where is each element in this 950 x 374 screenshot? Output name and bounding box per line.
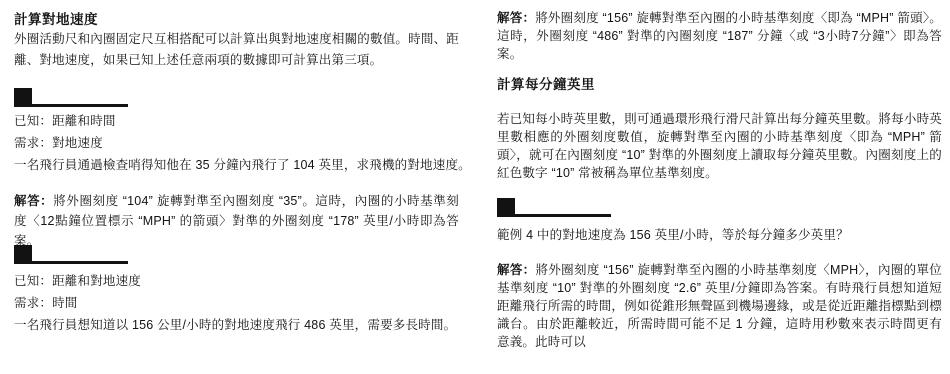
example-marker-rule — [14, 261, 128, 264]
solution-paragraph: 解答：將外圈刻度 “104” 旋轉對準至內圈刻度 “35”。這時，內圈的小時基準… — [14, 191, 459, 251]
find-line: 需求：對地速度 — [14, 133, 459, 151]
solution-text: 將外圈刻度 “156” 旋轉對準至內圈的小時基準刻度〈MPH〉，內圈的單位基準刻… — [497, 263, 942, 349]
example-marker-square-icon — [14, 245, 32, 261]
example-marker-square-icon — [14, 88, 32, 104]
solution-paragraph: 解答：將外圈刻度 “156” 旋轉對準至內圈的小時基準刻度〈MPH〉，內圈的單位… — [497, 261, 942, 351]
solution-label: 解答： — [497, 263, 536, 277]
miles-per-minute-intro-paragraph: 若已知每小時英里數，則可通過環形飛行滑尺計算出每分鐘英里數。將每小時英里數相應的… — [497, 110, 942, 182]
solution-text: 將外圈刻度 “104” 旋轉對準至內圈刻度 “35”。這時，內圈的小時基準刻度〈… — [14, 194, 459, 248]
given-line: 已知：距離和時間 — [14, 111, 459, 129]
solution-label: 解答： — [497, 11, 535, 25]
groundspeed-intro-paragraph: 外圈活動尺和內圈固定尺互相搭配可以計算出與對地速度相關的數值。時間、距離、對地速… — [14, 29, 459, 71]
example-marker — [14, 245, 128, 264]
section-heading-miles-per-minute: 計算每分鐘英里 — [497, 73, 942, 93]
problem-statement: 一名飛行員通過檢查哨得知他在 35 分鐘內飛行了 104 英里，求飛機的對地速度… — [14, 155, 459, 173]
example-marker — [497, 198, 611, 217]
example-marker-rule — [497, 214, 611, 217]
given-line: 已知：距離和對地速度 — [14, 271, 459, 289]
find-line: 需求：時間 — [14, 293, 459, 311]
solution-paragraph: 解答：將外圈刻度 “156” 旋轉對準至內圈的小時基準刻度〈即為 “MPH” 箭… — [497, 9, 942, 63]
solution-label: 解答： — [14, 194, 53, 208]
solution-text: 將外圈刻度 “156” 旋轉對準至內圈的小時基準刻度〈即為 “MPH” 箭頭〉。… — [497, 11, 942, 61]
example-marker-rule — [14, 104, 128, 107]
problem-statement: 一名飛行員想知道以 156 公里/小時的對地速度飛行 486 英里，需要多長時間… — [14, 315, 459, 333]
example-marker-square-icon — [497, 198, 515, 214]
section-heading-groundspeed: 計算對地速度 — [14, 8, 459, 28]
manual-page: 計算對地速度 外圈活動尺和內圈固定尺互相搭配可以計算出與對地速度相關的數值。時間… — [0, 0, 950, 374]
example-marker — [14, 88, 128, 107]
problem-statement: 範例 4 中的對地速度為 156 英里/小時，等於每分鐘多少英里？ — [497, 225, 942, 243]
